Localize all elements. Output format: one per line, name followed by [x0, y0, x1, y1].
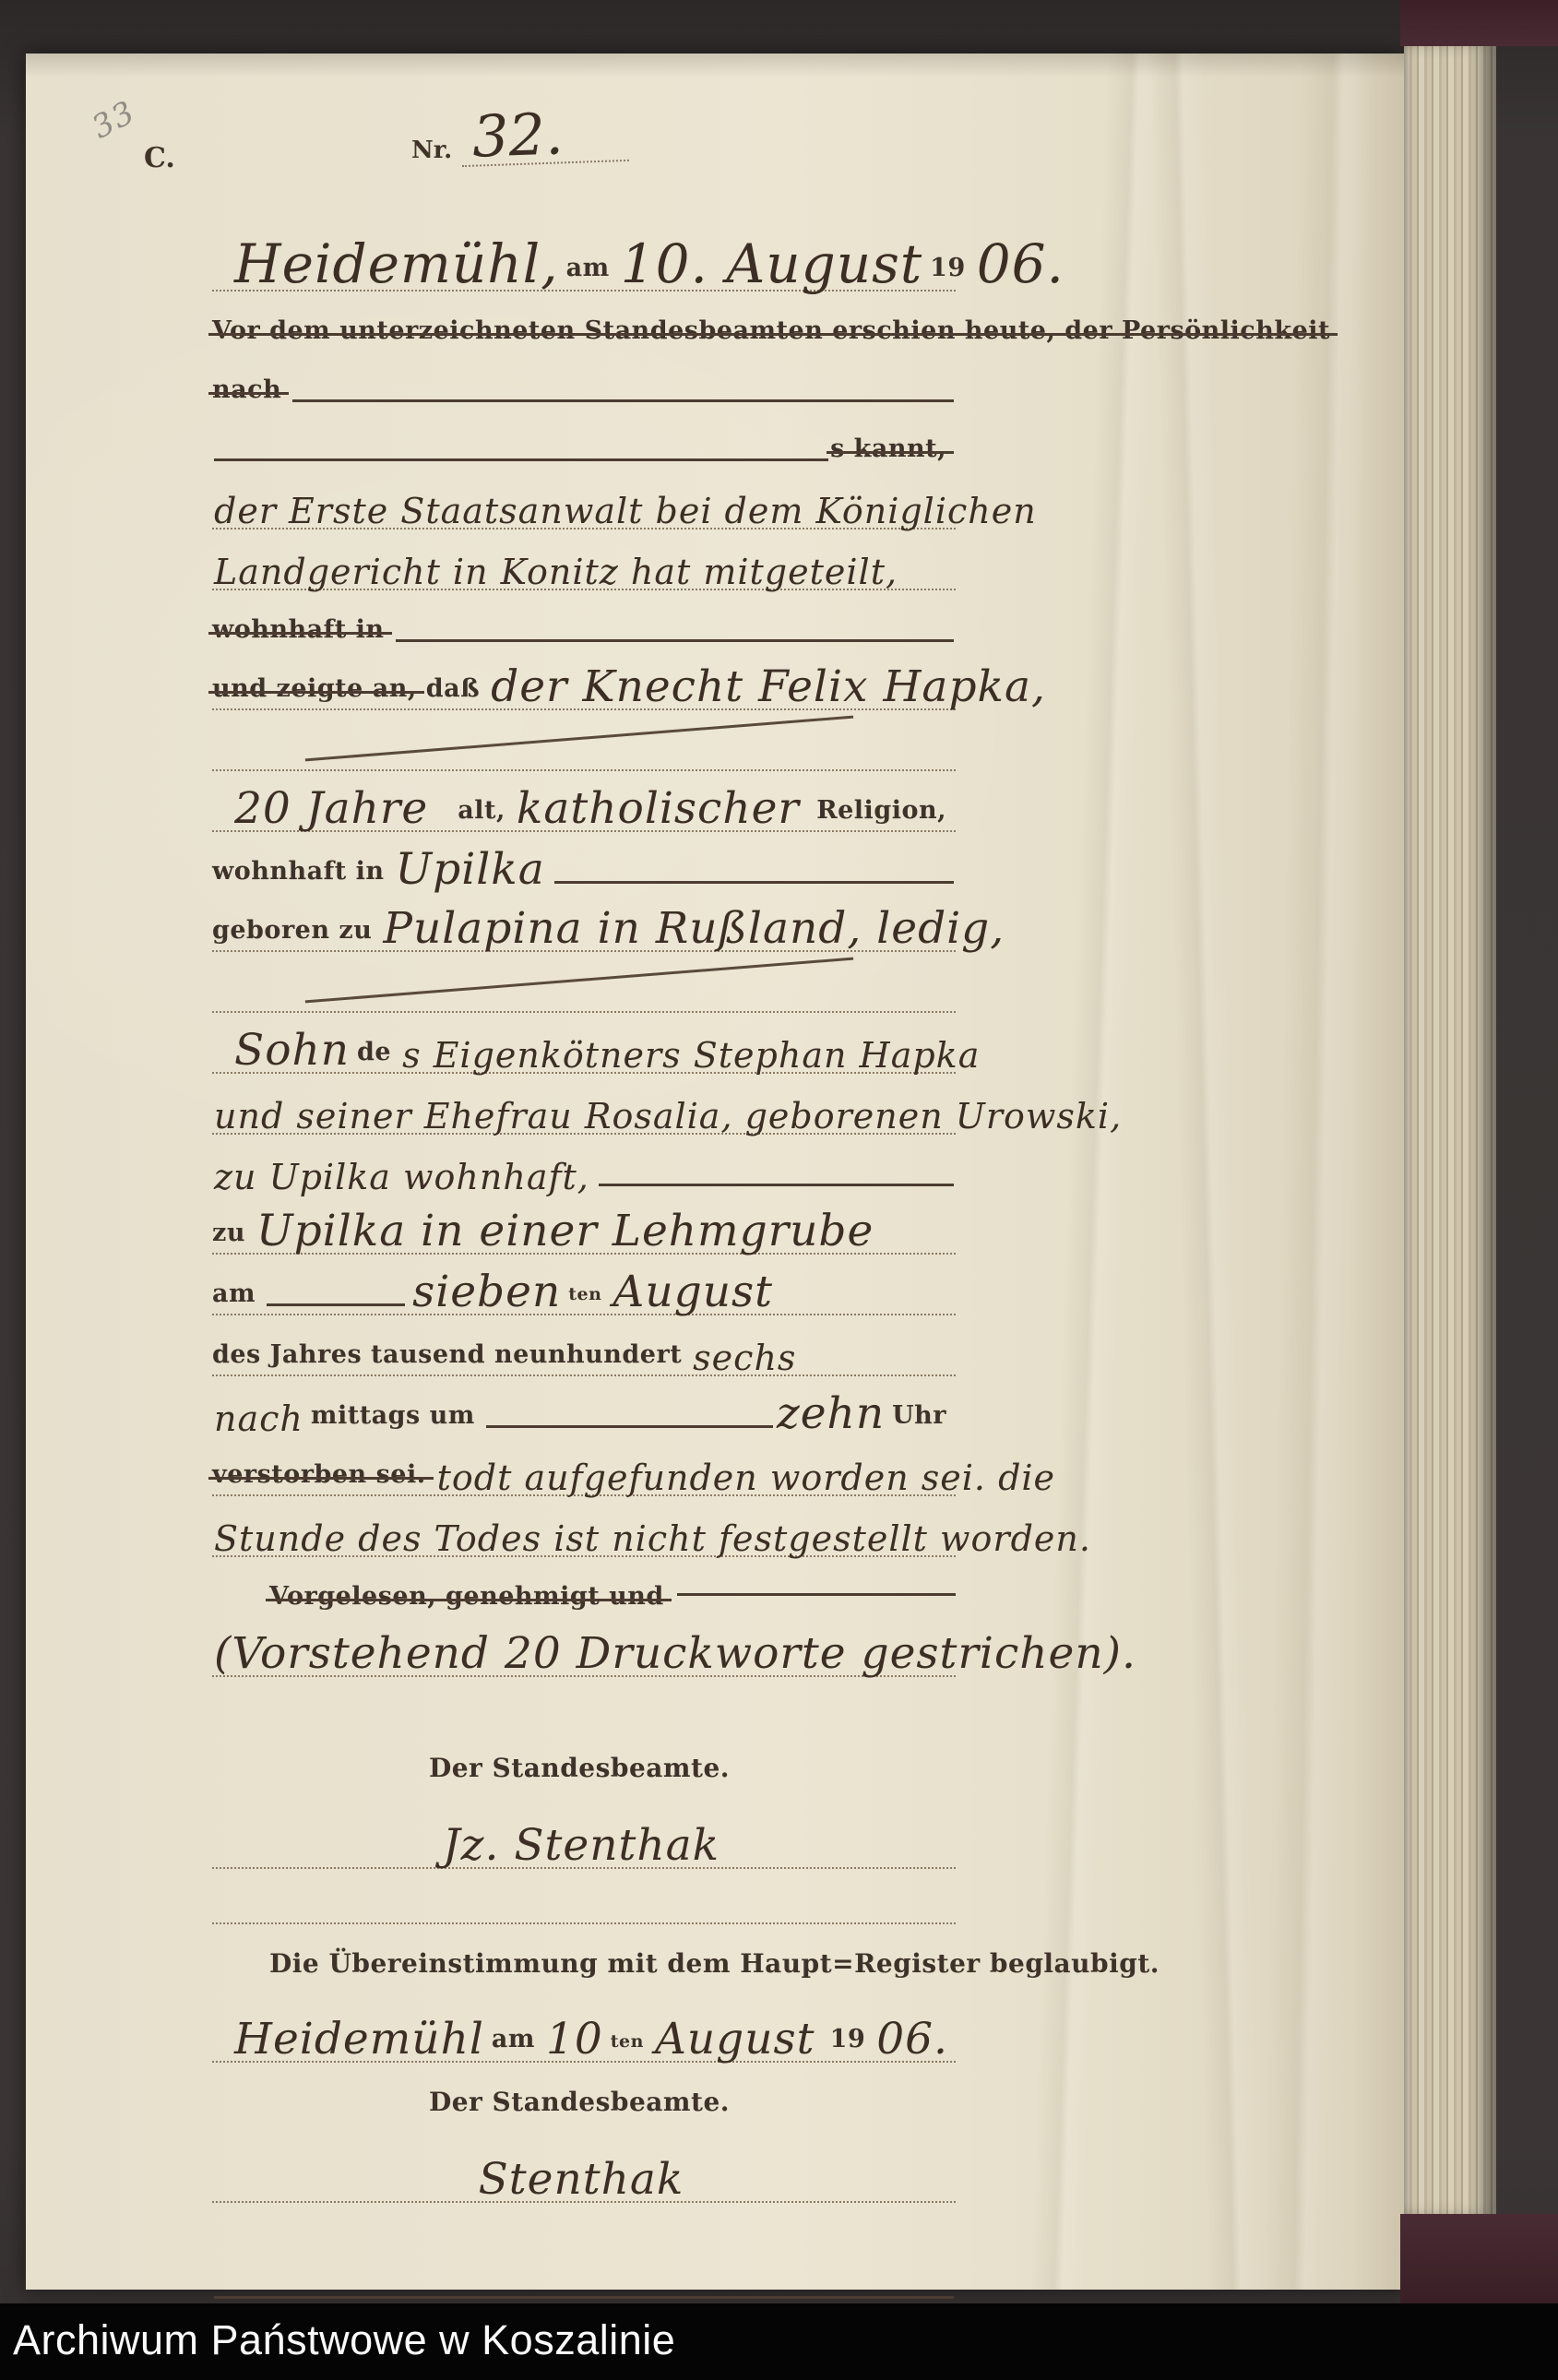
- form-line: wohnhaft inUpilka: [212, 832, 956, 891]
- handwritten-text: zu Upilka wohnhaft,: [212, 1160, 597, 1194]
- archive-watermark-bar: Archiwum Państwowe w Koszalinie: [0, 2303, 1558, 2380]
- handwritten-text-large: 06.: [975, 239, 1072, 290]
- handwritten-text: s Eigenkötners Stephan Hapka: [400, 1039, 987, 1072]
- blank-rule: [486, 1425, 773, 1428]
- handwritten-text-large: 10. August: [619, 239, 930, 290]
- book-cover-corner-top: [1400, 0, 1558, 46]
- printed-text-struck: Vor dem unterzeichneten Standesbeamten e…: [212, 315, 1339, 351]
- handwritten-text: Landgericht in Konitz hat mitgeteilt,: [212, 555, 905, 589]
- registrar-label: Der Standesbeamte.: [212, 2063, 956, 2122]
- handwritten-text: nach: [212, 1402, 311, 1435]
- cancellation-stroke: [212, 952, 956, 1013]
- blank-rule-short: [267, 1303, 405, 1306]
- blank-rule: [292, 399, 954, 402]
- handwritten-text: Stunde des Todes ist nicht festgestellt …: [212, 1522, 1099, 1555]
- form-line: Landgericht in Konitz hat mitgeteilt,: [212, 530, 956, 590]
- form-line: s kannt,: [212, 410, 956, 469]
- printed-text: wohnhaft in: [212, 856, 394, 891]
- handwritten-text-large: August: [611, 1272, 780, 1314]
- handwritten-text-large: sieben: [410, 1272, 568, 1314]
- printed-text: des Jahres tausend neunhundert: [212, 1339, 691, 1374]
- handwritten-text-large: Upilka in einer Lehmgrube: [255, 1211, 881, 1253]
- book-pages-edge: [1404, 41, 1496, 2219]
- handwritten-text: und seiner Ehefrau Rosalia, geborenen Ur…: [212, 1100, 1129, 1133]
- printed-text-struck: verstorben sei.: [212, 1459, 435, 1494]
- printed-text: zu: [212, 1218, 255, 1253]
- handwritten-text-large: Heidemühl,: [232, 239, 566, 290]
- form-line: Vor dem unterzeichneten Standesbeamten e…: [212, 292, 956, 351]
- printed-text-struck: s kannt,: [830, 434, 956, 469]
- certification-dateline: Heidemühlam10tenAugust1906.: [212, 1983, 956, 2063]
- strike-rule: [677, 1593, 956, 1596]
- form-line: nachmittags umzehnUhr: [212, 1376, 956, 1435]
- archive-name: Archiwum Państwowe w Koszalinie: [0, 2303, 1558, 2377]
- handwritten-text-large: Pulapina in Rußland, ledig,: [381, 909, 1012, 950]
- printed-text-struck: wohnhaft in: [212, 614, 394, 649]
- printed-superscript: ten: [568, 1284, 611, 1314]
- handwritten-text-large: 20 Jahre: [232, 789, 435, 830]
- blank-rule: [599, 1184, 954, 1186]
- form-line: 20 Jahrealt,katholischerReligion,: [212, 771, 956, 832]
- form-line: Stunde des Todes ist nicht festgestellt …: [212, 1496, 956, 1557]
- printed-superscript: ten: [611, 2031, 653, 2061]
- printed-text: geboren zu: [212, 915, 381, 950]
- form-line: Vorgelesen, genehmigt und: [212, 1557, 956, 1616]
- form-line: (Vorstehend 20 Druckworte gestrichen).: [212, 1616, 956, 1677]
- printed-text: mittags um: [311, 1400, 484, 1435]
- registrar-signature: Jz. Stenthak: [212, 1788, 956, 1869]
- handwritten-text-large: 06.: [874, 2019, 956, 2061]
- blank-rule: [554, 881, 954, 884]
- printed-label: Der Standesbeamte.: [429, 2086, 739, 2122]
- pencil-page-number: 33: [86, 93, 142, 147]
- form-line: und seiner Ehefrau Rosalia, geborenen Ur…: [212, 1074, 956, 1135]
- registrar-signature: Stenthak: [212, 2122, 956, 2203]
- dateline: Heidemühl,am10. August1906.: [212, 199, 956, 292]
- paper-crease: [1261, 54, 1374, 2290]
- printed-text: am: [566, 253, 619, 290]
- form-line: verstorben sei.todt aufgefunden worden s…: [212, 1435, 956, 1496]
- handwritten-text-large: katholischer: [515, 789, 807, 830]
- handwritten-text-large: (Vorstehend 20 Druckworte gestrichen).: [212, 1634, 1144, 1675]
- form-line: geboren zuPulapina in Rußland, ledig,: [212, 891, 956, 952]
- blank-rule: [214, 458, 828, 461]
- spacer-line: [212, 1677, 956, 1729]
- printed-text: daß: [426, 673, 489, 708]
- printed-label: Die Übereinstimmung mit dem Haupt=Regist…: [269, 1947, 1169, 1983]
- handwritten-text-large: Stenthak: [477, 2160, 692, 2201]
- handwritten-text-large: zehn: [775, 1394, 892, 1435]
- handwritten-text-large: Heidemühl: [232, 2019, 492, 2061]
- printed-text: 19: [930, 253, 975, 290]
- blank-rule: [396, 639, 954, 642]
- page-shadow: [26, 54, 1406, 77]
- printed-text-struck: und zeigte an,: [212, 673, 426, 708]
- certification-line: Die Übereinstimmung mit dem Haupt=Regist…: [212, 1924, 956, 1983]
- blank-rule: [214, 2296, 954, 2299]
- handwritten-text-large: Upilka: [394, 850, 553, 891]
- printed-text: alt,: [458, 795, 515, 830]
- form-line: zu Upilka wohnhaft,: [212, 1135, 956, 1194]
- handwritten-text-large: 10: [544, 2019, 611, 2061]
- printed-text: Religion,: [816, 795, 956, 830]
- handwritten-text-large: August: [653, 2019, 823, 2061]
- printed-label: Der Standesbeamte.: [429, 1752, 739, 1788]
- blank-line: [212, 1869, 956, 1924]
- handwritten-text-large: der Knecht Felix Hapka,: [489, 667, 1053, 708]
- printed-text: am: [212, 1279, 265, 1314]
- form-line: wohnhaft in: [212, 590, 956, 649]
- nr-label: Nr.: [411, 137, 452, 164]
- printed-text: Uhr: [892, 1400, 956, 1435]
- registrar-label: Der Standesbeamte.: [212, 1729, 956, 1788]
- printed-text-struck: Vorgelesen, genehmigt und: [269, 1581, 673, 1616]
- form-line: Sohndes Eigenkötners Stephan Hapka: [212, 1013, 956, 1074]
- printed-text-struck: nach: [212, 375, 291, 410]
- handwritten-text: todt aufgefunden worden sei. die: [435, 1461, 1063, 1494]
- document-page: 33 C. Nr. 32. Heidemühl,am10. August1906…: [26, 54, 1406, 2290]
- cancellation-stroke: [212, 710, 956, 771]
- handwritten-text: sechs: [691, 1341, 803, 1374]
- form-line: nach: [212, 351, 956, 410]
- record-number: 32.: [460, 106, 629, 167]
- book-cover-corner-bottom: [1400, 2214, 1558, 2306]
- document-body: Heidemühl,am10. August1906.Vor dem unter…: [212, 199, 956, 2306]
- blank-line: [212, 2255, 956, 2306]
- handwritten-text-large: Jz. Stenthak: [441, 1826, 727, 1867]
- printed-text: 19: [830, 2024, 875, 2061]
- handwritten-text: der Erste Staatsanwalt bei dem Königlich…: [212, 494, 1044, 528]
- spacer-line: [212, 2203, 956, 2255]
- printed-text: am: [492, 2024, 544, 2061]
- form-line: des Jahres tausend neunhundertsechs: [212, 1315, 956, 1376]
- form-line: amsiebentenAugust: [212, 1255, 956, 1315]
- form-line: zuUpilka in einer Lehmgrube: [212, 1194, 956, 1255]
- handwritten-text-large: Sohn: [232, 1030, 357, 1072]
- form-letter: C.: [144, 142, 175, 174]
- form-line: und zeigte an,daßder Knecht Felix Hapka,: [212, 649, 956, 710]
- record-number-line: Nr. 32.: [411, 109, 628, 164]
- printed-text: de: [357, 1037, 400, 1072]
- form-line: der Erste Staatsanwalt bei dem Königlich…: [212, 469, 956, 530]
